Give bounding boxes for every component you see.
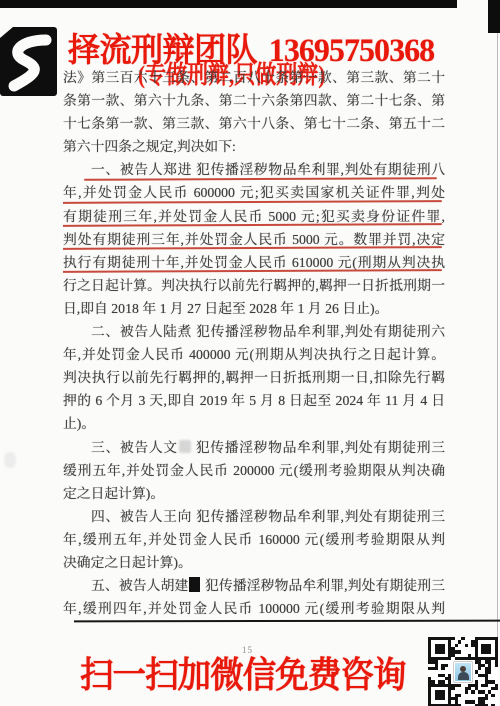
qr-module <box>488 650 491 653</box>
stream-logo-icon <box>0 27 57 96</box>
qr-module <box>471 690 474 693</box>
document-line: 定之日起计算)。 <box>63 482 445 505</box>
qr-module <box>458 650 461 653</box>
qr-module <box>448 657 451 660</box>
qr-module <box>458 684 461 687</box>
footer-cta-text: 扫一扫加微信免费咨询 <box>80 647 406 698</box>
qr-module <box>451 687 454 690</box>
qr-module <box>485 684 488 687</box>
scan-artifact-corner-mark <box>488 0 500 33</box>
qr-module <box>445 664 448 667</box>
line-text: 犯传播淫秽物品牟利罪,判处有期徒刑三 <box>201 578 445 593</box>
qr-module <box>488 670 491 673</box>
qr-module <box>435 667 438 670</box>
document-line: 有期徒刑三年,并处罚金人民币 5000 元;犯买卖身份证件罪, <box>63 205 445 228</box>
line-text: 三、被告人文 <box>91 440 178 455</box>
qr-module <box>495 664 498 667</box>
document-line: 判决执行以前先行羁押的,羁押一日折抵刑期一日,扣除先行羁 <box>63 366 445 389</box>
document-line: 执行有期徒刑十年,并处罚金人民币 610000 元(刑期从判决执 <box>63 251 445 274</box>
document-lines: 法》第三百六十三条、第二百八十条第一款、第三款、第二十五条第一款、第六十九条、第… <box>63 66 445 620</box>
qr-module <box>441 697 444 700</box>
document-line: 判处有期徒刑三年,并处罚金人民币 5000 元。数罪并罚,决定 <box>63 228 445 251</box>
document-line: 日,即自 2018 年 1 月 27 日起至 2028 年 1 月 26 日止)… <box>63 297 445 320</box>
redaction-box <box>189 577 200 592</box>
law-firm-logo <box>0 27 57 96</box>
wechat-qr-code <box>428 637 498 706</box>
document-line: 十七条第一款、第三款、第六十八条、第七十二条、第五十二条、 <box>63 112 445 135</box>
blurred-character <box>179 440 191 453</box>
document-line: 缓刑五年,并处罚金人民币 200000 元(缓刑考验期限从判决确 <box>63 459 445 482</box>
document-line: 决确定之日起计算)。 <box>63 551 445 574</box>
qr-module <box>491 694 494 697</box>
qr-avatar <box>454 662 472 682</box>
document-line: 年,缓刑四年,并处罚金人民币 100000 元(缓刑考验期限从判 <box>63 597 445 620</box>
document-line: 二、被告人陆煮 犯传播淫秽物品牟利罪,判处有期徒刑六 <box>63 320 445 343</box>
qr-module <box>478 667 481 670</box>
document-line: 年,并处罚金人民币 600000 元;犯买卖国家机关证件罪,判处 <box>63 181 445 204</box>
document-line: 条第一款、第六十九条、第二十六条第四款、第二十七条、第六 <box>63 89 445 112</box>
qr-module <box>465 644 468 647</box>
document-line: 法》第三百六十三条、第二百八十条第一款、第三款、第二十五 <box>63 66 445 89</box>
document-line: 止)。 <box>63 412 445 435</box>
document-line: 年,并处罚金人民币 400000 元(刑期从判决执行之日起计算。 <box>63 343 445 366</box>
avatar-body <box>458 672 469 680</box>
qr-module <box>465 690 468 693</box>
qr-module <box>455 644 458 647</box>
qr-module <box>485 697 488 700</box>
qr-module <box>458 694 461 697</box>
qr-module <box>441 650 444 653</box>
document-line: 行之日起计算。判决执行以前先行羁押的,羁押一日折抵刑期一 <box>63 274 445 297</box>
document-line: 四、被告人王向 犯传播淫秽物品牟利罪,判处有期徒刑三 <box>63 505 445 528</box>
scan-artifact-top-bar <box>0 0 457 8</box>
scanned-judgment-page: 择流刑辩团队13695750368 (专做刑辩,只做刑辩) 法》第三百六十三条、… <box>0 0 500 706</box>
page-edge-line <box>497 33 498 640</box>
document-line: 押的 6 个月 3 天,即自 2019 年 5 月 8 日起至 2024 年 1… <box>63 389 445 412</box>
document-line: 三、被告人文 犯传播淫秽物品牟利罪,判处有期徒刑三年, <box>63 436 445 459</box>
qr-module <box>495 687 498 690</box>
document-line: 五、被告人胡建 犯传播淫秽物品牟利罪,判处有期徒刑三 <box>63 574 445 597</box>
qr-module <box>441 667 444 670</box>
qr-module <box>461 637 464 640</box>
document-line: 一、被告人郑进 犯传播淫秽物品牟利罪,判处有期徒刑八 <box>63 158 445 181</box>
qr-module <box>451 637 454 640</box>
scan-smudge <box>4 452 16 468</box>
line-text: 五、被告人胡建 <box>91 578 188 593</box>
document-line: 年,缓刑五年,并处罚金人民币 160000 元(缓刑考验期限从判 <box>63 528 445 551</box>
qr-module <box>458 640 461 643</box>
document-line: 第六十四条之规定,判决如下: <box>63 135 445 158</box>
